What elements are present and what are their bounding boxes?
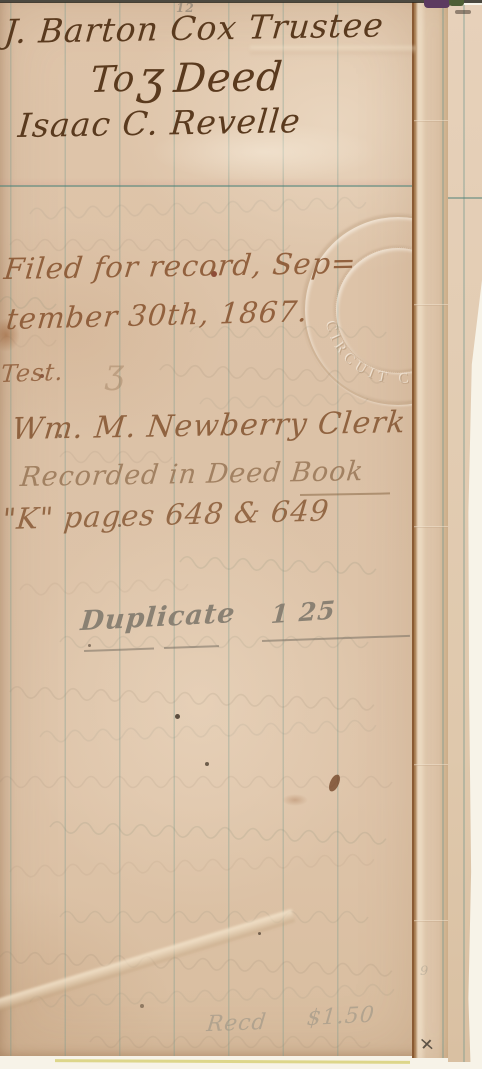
under-sheet-edge [448, 5, 482, 1062]
ink-speck [205, 762, 209, 766]
top-edge-stain [424, 0, 450, 8]
ink-speck [175, 714, 180, 719]
grantor-line: J. Barton Cox Trustee [3, 5, 386, 51]
filed-line-1: Filed for record, Sep= [2, 246, 358, 286]
document-scan: CIRCUIT COURT CIRCUIT COURT [0, 0, 482, 1069]
brace-mark: ʒ [136, 50, 167, 104]
ink-speck [88, 644, 91, 647]
received-label: Recd [205, 1010, 268, 1037]
to-label: To [89, 58, 137, 101]
recorded-line-1: Recorded in Deed Book [19, 456, 366, 493]
received-amount: $1.50 [306, 1002, 376, 1031]
ruled-line [442, 2, 444, 1058]
teste-line: Test. [0, 358, 65, 388]
scan-top-edge [0, 0, 482, 3]
ruled-line [448, 197, 482, 199]
crease [250, 46, 416, 54]
clerk-line: Wm. M. Newberry Clerk [10, 405, 407, 447]
teste-brace-mark: ʒ [105, 352, 125, 392]
instrument-label: Deed [172, 54, 285, 102]
embossed-court-seal: CIRCUIT COURT CIRCUIT COURT [303, 215, 416, 405]
ink-speck [140, 1004, 144, 1008]
grantee-line: Isaac C. Revelle [17, 101, 303, 145]
top-edge-stain [449, 0, 464, 6]
horizontal-rule [0, 185, 416, 187]
bottom-edge-line [55, 1059, 410, 1064]
duplicate-amount: 1 25 [270, 595, 337, 629]
ruled-line [463, 5, 465, 1062]
stain [282, 794, 308, 806]
strip-page-number: 9 [420, 964, 429, 979]
rule-tinge [0, 178, 416, 185]
top-edge-smudge [455, 10, 471, 14]
